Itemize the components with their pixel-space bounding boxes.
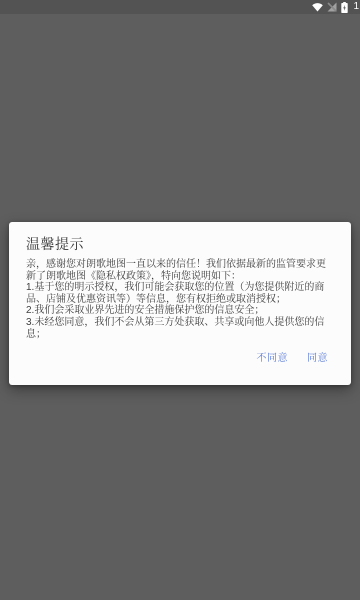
status-time: 1 [353,2,359,12]
battery-charging-icon [341,2,348,13]
privacy-dialog: 温馨提示 亲，感谢您对朗歌地图一直以来的信任！我们依据最新的监管要求更新了朗歌地… [9,222,351,385]
dialog-title: 温馨提示 [9,222,351,252]
disagree-button[interactable]: 不同意 [249,348,297,370]
privacy-paragraph-intro: 亲，感谢您对朗歌地图一直以来的信任！我们依据最新的监管要求更新了朗歌地图《隐私权… [26,259,335,282]
wifi-icon [312,2,323,12]
dialog-body: 亲，感谢您对朗歌地图一直以来的信任！我们依据最新的监管要求更新了朗歌地图《隐私权… [9,252,351,340]
privacy-paragraph-item3: 3.未经您同意，我们不会从第三方处获取、共享或向他人提供您的信息； [26,317,335,340]
status-bar: 1 [0,0,360,14]
privacy-paragraph-item1: 1.基于您的明示授权，我们可能会获取您的位置（为您提供附近的商品、店铺及优惠资讯… [26,282,335,305]
no-sim-icon [327,2,337,12]
agree-button[interactable]: 同意 [299,348,336,370]
privacy-paragraph-item2: 2.我们会采取业界先进的安全措施保护您的信息安全； [26,305,335,317]
dialog-button-row: 不同意 同意 [9,345,351,385]
